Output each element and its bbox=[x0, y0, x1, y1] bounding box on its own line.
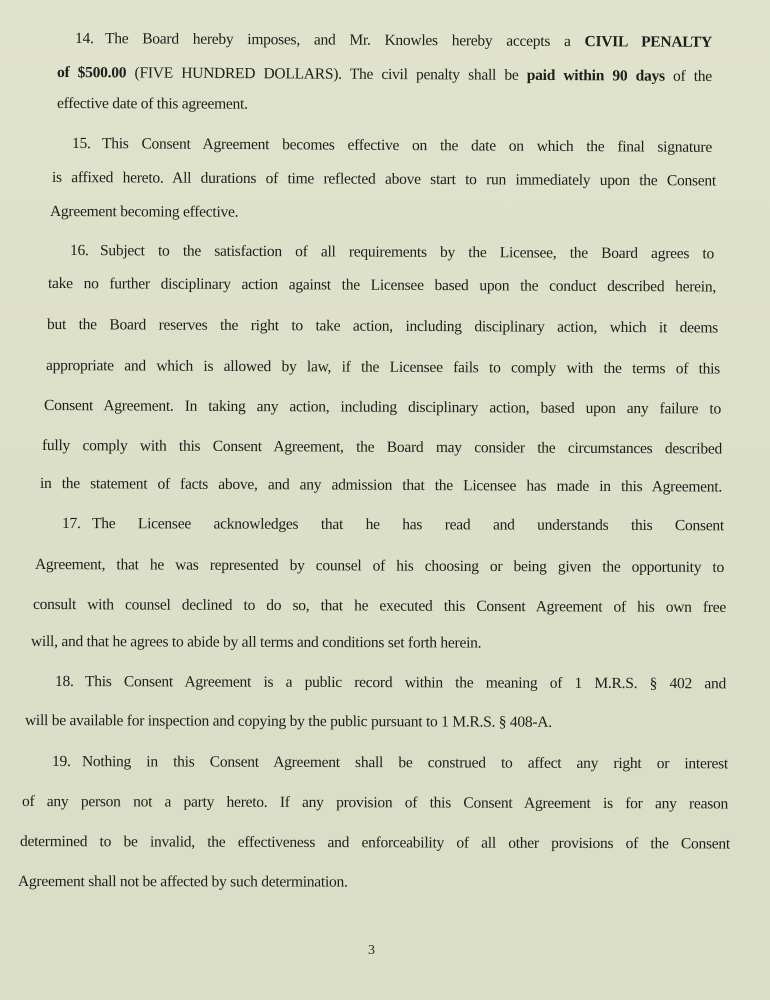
text-line: in the statement of facts above, and any… bbox=[40, 475, 722, 497]
text-run: This Consent Agreement is a public recor… bbox=[85, 673, 726, 692]
text-run: will be available for inspection and cop… bbox=[25, 712, 552, 731]
text-run: but the Board reserves the right to take… bbox=[47, 316, 718, 337]
text-line: Agreement becoming effective. bbox=[50, 203, 238, 222]
text-run: will, and that he agrees to abide by all… bbox=[31, 633, 481, 652]
bold-text-run: paid within 90 days bbox=[527, 67, 665, 85]
text-run: of the bbox=[665, 68, 712, 85]
text-run: Subject to the satisfaction of all requi… bbox=[100, 242, 714, 262]
text-line: consult with counsel declined to do so, … bbox=[33, 596, 726, 617]
text-run: Agreement shall not be affected by such … bbox=[18, 873, 348, 891]
bold-text-run: of $500.00 bbox=[57, 64, 126, 81]
text-run: fully comply with this Consent Agreement… bbox=[42, 437, 722, 458]
text-line: take no further disciplinary action agai… bbox=[48, 275, 716, 296]
text-run: take no further disciplinary action agai… bbox=[48, 275, 716, 295]
text-run: is affixed hereto. All durations of time… bbox=[52, 169, 716, 189]
text-line: 19.Nothing in this Consent Agreement sha… bbox=[52, 753, 728, 773]
text-run: appropriate and which is allowed by law,… bbox=[46, 357, 720, 378]
text-run: in the statement of facts above, and any… bbox=[40, 475, 722, 496]
text-line: 18.This Consent Agreement is a public re… bbox=[55, 673, 726, 693]
text-line: Agreement, that he was represented by co… bbox=[35, 556, 724, 577]
text-line: but the Board reserves the right to take… bbox=[47, 316, 718, 338]
text-run: Consent Agreement. In taking any action,… bbox=[44, 397, 721, 418]
paragraph-number: 15. bbox=[72, 135, 102, 153]
document-page: 14.The Board hereby imposes, and Mr. Kno… bbox=[0, 0, 770, 1000]
text-run: determined to be invalid, the effectiven… bbox=[20, 833, 730, 852]
text-line: Agreement shall not be affected by such … bbox=[18, 873, 348, 892]
text-run: consult with counsel declined to do so, … bbox=[33, 596, 726, 616]
text-line: will, and that he agrees to abide by all… bbox=[31, 633, 481, 653]
text-line: 17.The Licensee acknowledges that he has… bbox=[62, 515, 724, 535]
text-line: determined to be invalid, the effectiven… bbox=[20, 833, 730, 853]
text-line: is affixed hereto. All durations of time… bbox=[52, 169, 716, 190]
text-run: of any person not a party hereto. If any… bbox=[22, 793, 728, 812]
bold-text-run: CIVIL PENALTY bbox=[584, 33, 712, 51]
text-run: Nothing in this Consent Agreement shall … bbox=[82, 753, 728, 772]
text-line: will be available for inspection and cop… bbox=[25, 712, 552, 732]
paragraph-number: 17. bbox=[62, 515, 92, 533]
text-line: Consent Agreement. In taking any action,… bbox=[44, 397, 721, 419]
text-run: (FIVE HUNDRED DOLLARS). The civil penalt… bbox=[126, 64, 527, 83]
paragraph-number: 19. bbox=[52, 753, 82, 771]
text-line: appropriate and which is allowed by law,… bbox=[46, 357, 720, 379]
text-line: 15.This Consent Agreement becomes effect… bbox=[72, 135, 712, 157]
paragraph-number: 16. bbox=[70, 242, 100, 260]
text-line: effective date of this agreement. bbox=[57, 95, 248, 114]
text-line: of any person not a party hereto. If any… bbox=[22, 793, 728, 813]
page-number: 3 bbox=[368, 943, 375, 959]
text-line: fully comply with this Consent Agreement… bbox=[42, 437, 722, 459]
paragraph-number: 14. bbox=[75, 30, 105, 48]
text-run: Agreement becoming effective. bbox=[50, 203, 238, 221]
text-line: 14.The Board hereby imposes, and Mr. Kno… bbox=[75, 30, 712, 52]
text-run: effective date of this agreement. bbox=[57, 95, 248, 113]
text-run: This Consent Agreement becomes effective… bbox=[102, 135, 712, 156]
text-run: The Board hereby imposes, and Mr. Knowle… bbox=[105, 30, 585, 50]
text-run: The Licensee acknowledges that he has re… bbox=[92, 515, 724, 534]
text-run: Agreement, that he was represented by co… bbox=[35, 556, 724, 576]
text-line: 16.Subject to the satisfaction of all re… bbox=[70, 242, 714, 263]
paragraph-number: 18. bbox=[55, 673, 85, 691]
text-line: of $500.00 (FIVE HUNDRED DOLLARS). The c… bbox=[57, 64, 712, 86]
